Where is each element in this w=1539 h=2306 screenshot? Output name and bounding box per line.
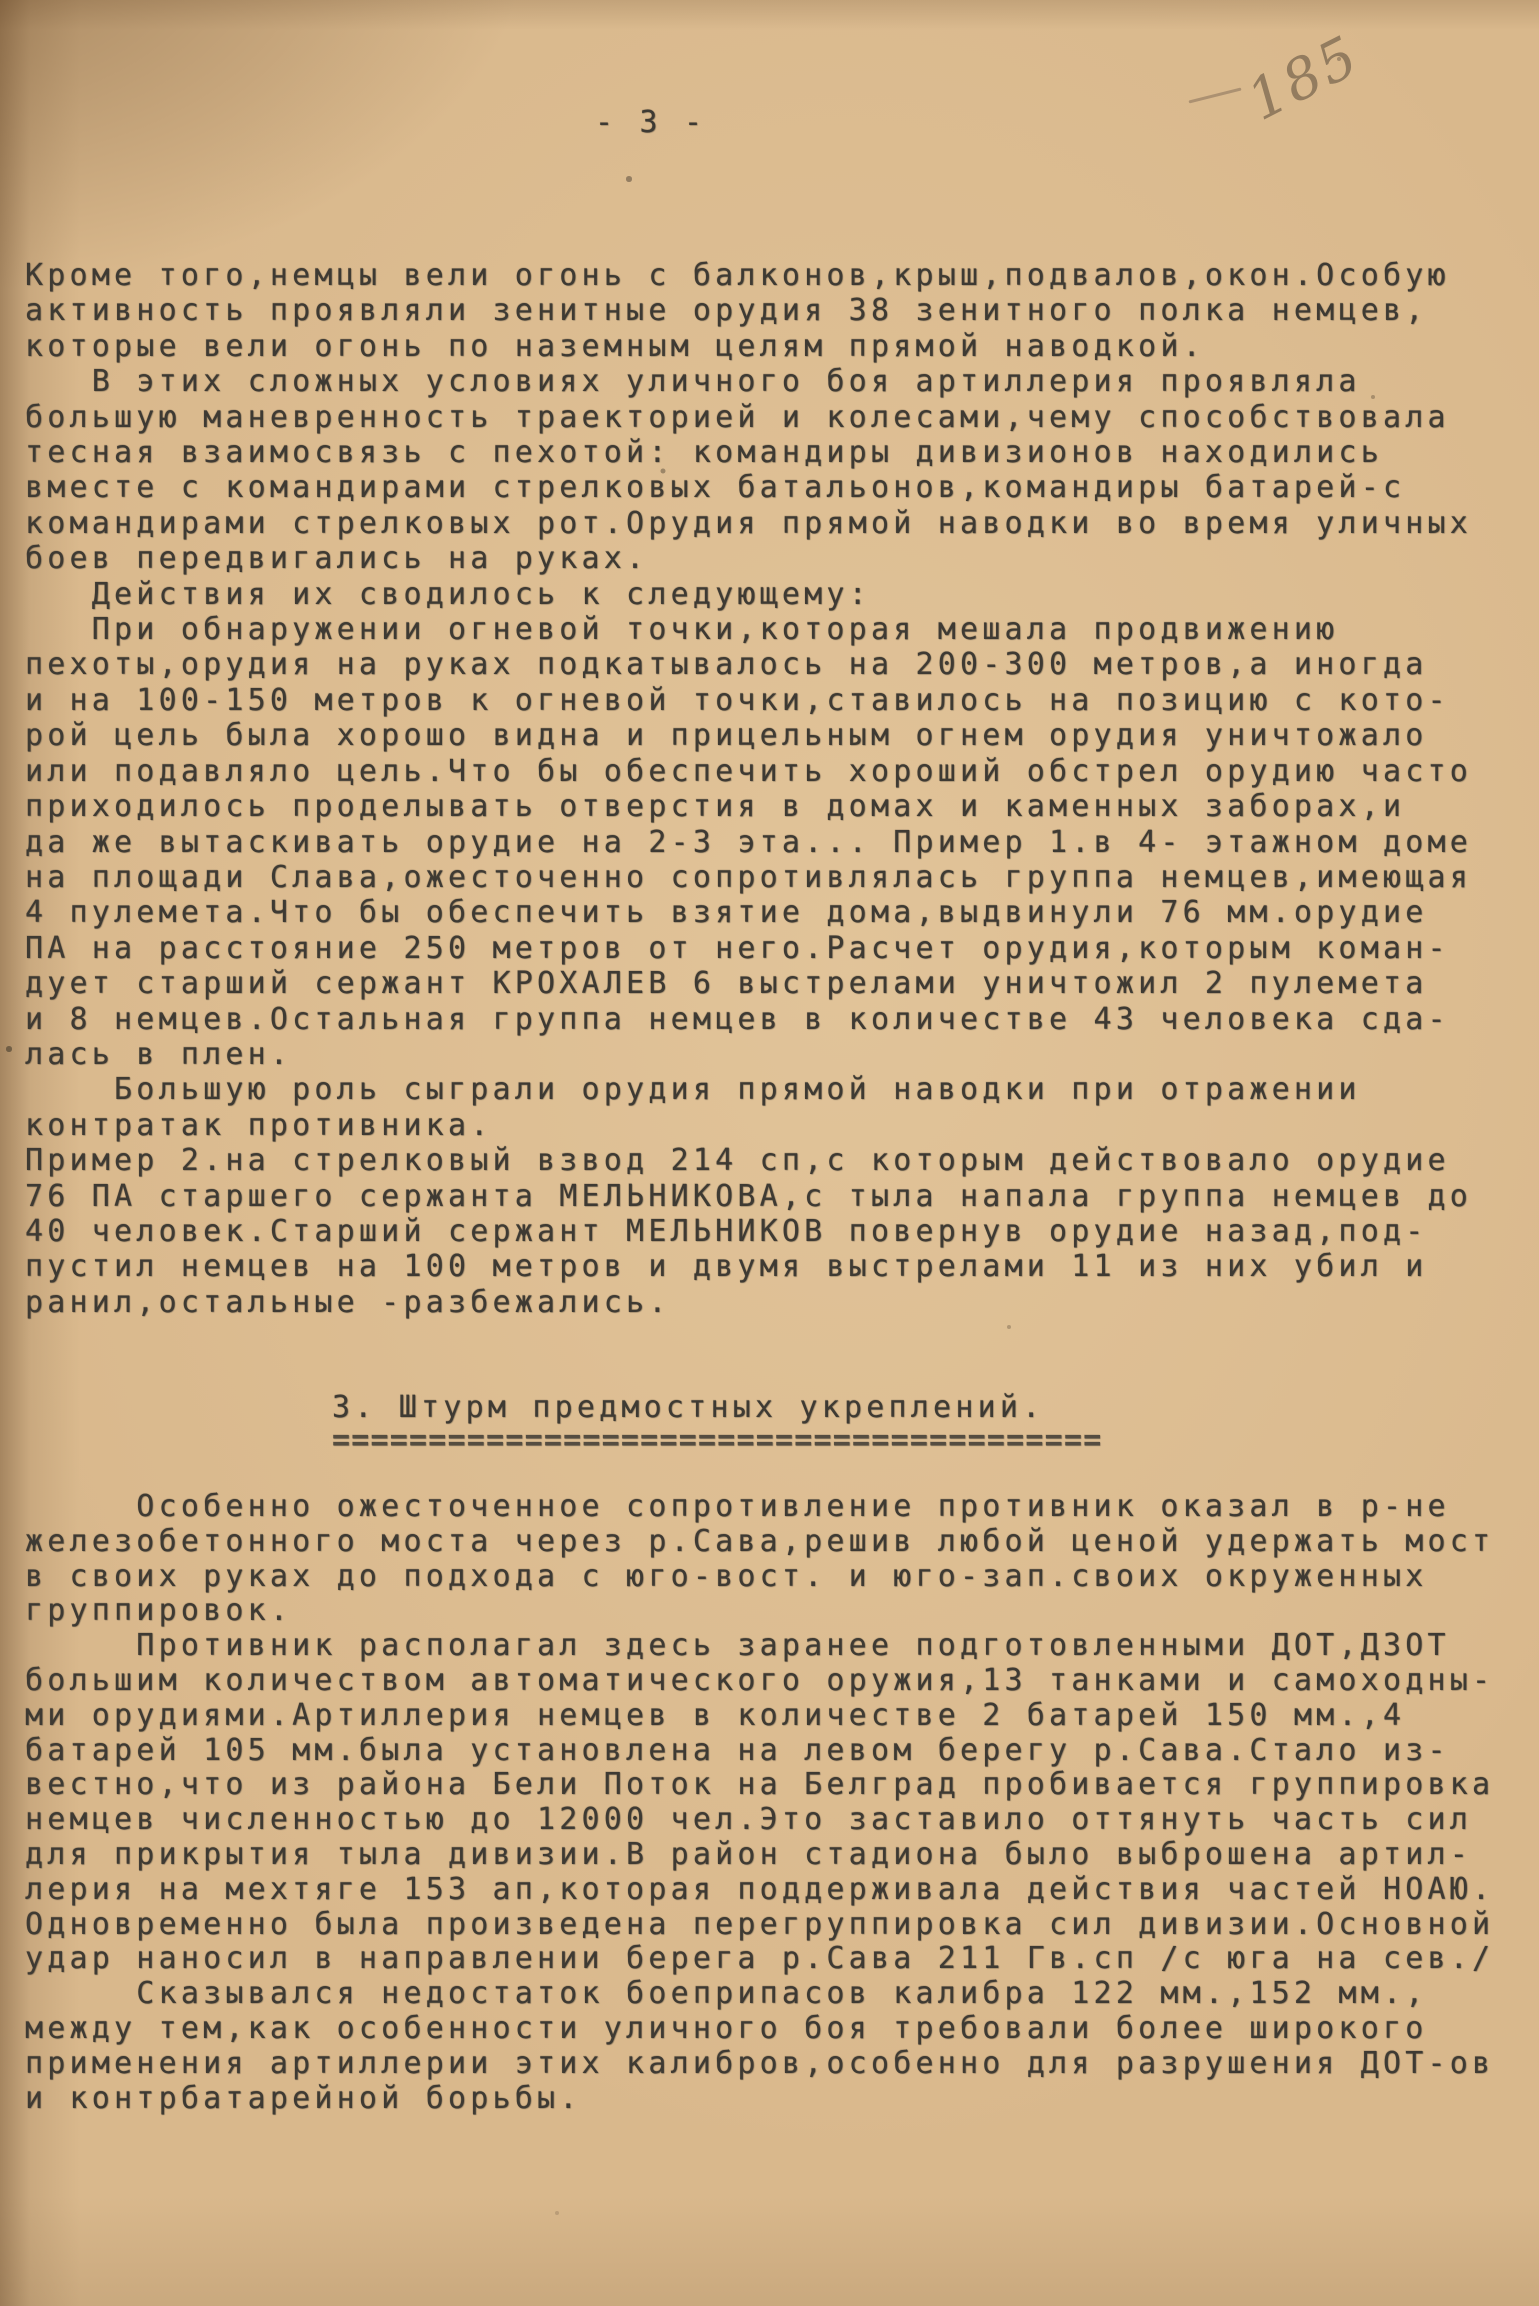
- paragraph-bridge-resistance: Особенно ожесточенное сопротивление прот…: [25, 1490, 1539, 1629]
- paragraph-enemy-forces: Противник располагал здесь заранее подго…: [25, 1629, 1539, 1977]
- pencil-mark: [1188, 88, 1241, 104]
- text-block-main: Кроме того,немцы вели огонь с балконов,к…: [25, 258, 1539, 1320]
- paper-speckles: [0, 0, 2, 2]
- page-number: - 3 -: [595, 105, 706, 140]
- paragraph-actions-intro: Действия их сводилось к следующему:: [25, 577, 1539, 612]
- section-heading: 3. Штурм предмостных укреплений.: [332, 1390, 1044, 1425]
- paragraph-ammo-shortage: Сказывался недостаток боеприпасов калибр…: [25, 1977, 1539, 2116]
- paragraph-street-fighting: В этих сложных условиях уличного боя арт…: [25, 364, 1539, 576]
- paragraph-direct-fire-role: Большую роль сыграли орудия прямой навод…: [25, 1072, 1539, 1143]
- section-heading-underline: ========================================: [332, 1423, 1102, 1458]
- paragraph-example-1: При обнаружении огневой точки,которая ме…: [25, 612, 1539, 1072]
- paragraph-example-2: Пример 2.на стрелковый взвод 214 сп,с ко…: [25, 1143, 1539, 1320]
- paragraph-balcony-fire: Кроме того,немцы вели огонь с балконов,к…: [25, 258, 1539, 364]
- folio-handwritten-number: 185: [1238, 23, 1371, 134]
- text-block-section: Особенно ожесточенное сопротивление прот…: [25, 1490, 1539, 2116]
